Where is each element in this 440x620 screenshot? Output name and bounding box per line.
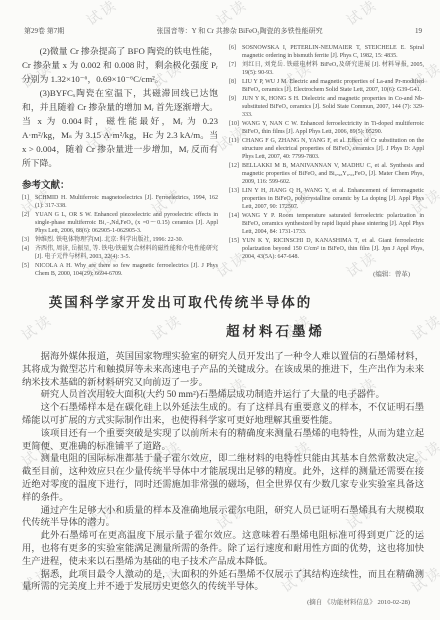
reference-text: YUAN G L, OR S W. Enhanced piezoelectric… bbox=[35, 211, 218, 235]
reference-number: [2] bbox=[22, 211, 35, 235]
reference-item: [15] YUN K Y, RICINSCHI D, KANASHIMA T, … bbox=[229, 237, 424, 261]
reference-text: NICOLA A H. Why are there so few magneti… bbox=[35, 262, 218, 278]
reference-text: YUN K Y, RICINSCHI D, KANASHIMA T, et al… bbox=[242, 237, 424, 261]
reference-text: WANG Y, NAN C W. Enhanced ferroelectrici… bbox=[242, 120, 424, 136]
reference-number: [14] bbox=[229, 212, 242, 236]
reference-number: [7] bbox=[229, 61, 242, 77]
reference-item: [9] JUN Y K, HONG S H. Dielectric and ma… bbox=[229, 95, 424, 119]
reference-number: [4] bbox=[22, 245, 35, 261]
reference-item: [1] SCHMID H. Multiferroic magnetoelectr… bbox=[22, 194, 218, 210]
reference-text: 钟维烈. 铁电体物理学[M]. 北京: 科学出版社, 1996: 22-30. bbox=[35, 236, 218, 244]
reference-text: WANG Y P. Room temperature saturated fer… bbox=[242, 212, 424, 236]
article-title-line1: 英国科学家开发出可取代传统半导体的 bbox=[22, 291, 339, 311]
article-paragraph: 这个石墨烯样本是在碳化硅上以外延法生成的。有了这样具有重要意义的样本，不仅证明石… bbox=[22, 402, 424, 428]
reference-item: [3] 钟维烈. 铁电体物理学[M]. 北京: 科学出版社, 1996: 22-… bbox=[22, 236, 218, 244]
reference-number: [8] bbox=[229, 78, 242, 94]
reference-item: [4] 齐西伟, 周济, 岳振星, 等. 铁电/铁磁复合材料的磁性能和介电性能研… bbox=[22, 245, 218, 261]
reference-text: LIN Y H, JIANG Q H, WANG Y, et al. Enhan… bbox=[242, 187, 424, 211]
reference-text: 齐西伟, 周济, 岳振星, 等. 铁电/铁磁复合材料的磁性能和介电性能研究 [J… bbox=[35, 245, 218, 261]
reference-number: [12] bbox=[229, 162, 242, 186]
right-column: [6] SOSNOWSKA I, PETERLIN-NEUMAIER T, ST… bbox=[229, 44, 424, 279]
reference-number: [11] bbox=[229, 137, 242, 161]
running-title: 张国音等：Y 和 Cr 共掺杂 BiFeO₃陶瓷的多铁性能研究 bbox=[64, 26, 415, 36]
reference-text: LIU Y P, WU J M. Electric and magnetic p… bbox=[242, 78, 424, 94]
reference-number: [15] bbox=[229, 237, 242, 261]
article-title-line2: 超材料石墨烯 bbox=[127, 320, 424, 340]
article-paragraph: 通过产生足够大小和质量的样本及准确地展示霍尔电阻，研究人员已证明石墨烯具有大规模… bbox=[22, 505, 424, 531]
article-paragraph: 据悉，此项目最令人激动的是，大面积的外延石墨烯不仅展示了其结构连续性，而且在精确… bbox=[22, 569, 424, 595]
left-column: (2)微量 Cr 掺杂提高了 BFO 陶瓷的铁电性能，Cr 掺杂量 x 为 0.… bbox=[22, 44, 218, 279]
reference-text: SCHMID H. Multiferroic magnetoelectrics … bbox=[35, 194, 218, 210]
references-heading: 参考文献： bbox=[22, 177, 218, 191]
reference-item: [7] 刘红日, 刘党岳. 铁磁电材料 BiFeO₃及研究进展 [J]. 材料导… bbox=[229, 61, 424, 77]
reference-item: [13] LIN Y H, JIANG Q H, WANG Y, et al. … bbox=[229, 187, 424, 211]
reference-number: [5] bbox=[22, 262, 35, 278]
volume-issue: 第29卷 第7期 bbox=[24, 26, 64, 36]
reference-number: [10] bbox=[229, 120, 242, 136]
reference-number: [9] bbox=[229, 95, 242, 119]
reference-item: [10] WANG Y, NAN C W. Enhanced ferroelec… bbox=[229, 120, 424, 136]
reference-item: [6] SOSNOWSKA I, PETERLIN-NEUMAIER T, ST… bbox=[229, 44, 424, 60]
page-number: 19 bbox=[415, 27, 422, 35]
page-header: 第29卷 第7期 张国音等：Y 和 Cr 共掺杂 BiFeO₃陶瓷的多铁性能研究… bbox=[22, 26, 424, 40]
scanned-journal-page: { "colors": { "text": "#3b3b3b", "waterm… bbox=[0, 0, 440, 620]
reference-text: CHANG F G, ZHANG N, YANG F, et al. Effec… bbox=[242, 137, 424, 161]
article-paragraph: 研究人员首次用较大面积(大约 50 mm²)石墨烯层成功制造并运行了大量的电子器… bbox=[22, 389, 424, 402]
reference-text: JUN Y K, HONG S H. Dielectric and magnet… bbox=[242, 95, 424, 119]
reference-text: SOSNOWSKA I, PETERLIN-NEUMAIER T, STEICH… bbox=[242, 44, 424, 60]
reference-item: [14] WANG Y P. Room temperature saturate… bbox=[229, 212, 424, 236]
reference-item: [12] BELLAKKI M B, MANIVANNAN V, MADHU C… bbox=[229, 162, 424, 186]
reference-item: [11] CHANG F G, ZHANG N, YANG F, et al. … bbox=[229, 137, 424, 161]
article-body: 据海外媒体报道，英国国家物理实验室的研究人员开发出了一种令人难以置信的石墨烯材料… bbox=[22, 351, 424, 594]
reference-number: [3] bbox=[22, 236, 35, 244]
reference-number: [13] bbox=[229, 187, 242, 211]
article-paragraph: 此外石墨烯可在更高温度下展示量子霍尔效应。这意味着石墨烯电阻标准可得到更广泛的运… bbox=[22, 530, 424, 568]
article-paragraph: 该项目还有一个重要突破是实现了以前所未有的精确度来测量石墨烯的电特性，从而为建立… bbox=[22, 428, 424, 454]
news-article: 英国科学家开发出可取代传统半导体的 超材料石墨烯 据海外媒体报道，英国国家物理实… bbox=[22, 291, 424, 606]
article-paragraph: 测量电阻的国际标准都基于量子霍尔效应，即二维材料的电特性只能由其基本自然常数决定… bbox=[22, 453, 424, 504]
source-note: (摘自 《功能材料信息》 2010-02-28) bbox=[22, 597, 424, 606]
reference-text: 刘红日, 刘党岳. 铁磁电材料 BiFeO₃及研究进展 [J]. 材料导报, 2… bbox=[242, 61, 424, 77]
two-column-section: (2)微量 Cr 掺杂提高了 BFO 陶瓷的铁电性能，Cr 掺杂量 x 为 0.… bbox=[22, 44, 424, 279]
reference-number: [1] bbox=[22, 194, 35, 210]
article-paragraph: 据海外媒体报道，英国国家物理实验室的研究人员开发出了一种令人难以置信的石墨烯材料… bbox=[22, 351, 424, 389]
reference-item: [5] NICOLA A H. Why are there so few mag… bbox=[22, 262, 218, 278]
page-content: 第29卷 第7期 张国音等：Y 和 Cr 共掺杂 BiFeO₃陶瓷的多铁性能研究… bbox=[22, 26, 424, 606]
conclusion-paragraph: (2)微量 Cr 掺杂提高了 BFO 陶瓷的铁电性能，Cr 掺杂量 x 为 0.… bbox=[22, 44, 218, 86]
reference-text: BELLAKKI M B, MANIVANNAN V, MADHU C, et … bbox=[242, 162, 424, 186]
reference-item: [2] YUAN G L, OR S W. Enhanced piezoelec… bbox=[22, 211, 218, 235]
reference-number: [6] bbox=[229, 44, 242, 60]
editor-note: (编辑：曾革) bbox=[229, 269, 424, 278]
reference-item: [8] LIU Y P, WU J M. Electric and magnet… bbox=[229, 78, 424, 94]
conclusion-paragraph: (3)BYFCₓ陶瓷在室温下，其磁滞回线已达饱和，并且随着 Cr 掺杂量的增加 … bbox=[22, 86, 218, 170]
